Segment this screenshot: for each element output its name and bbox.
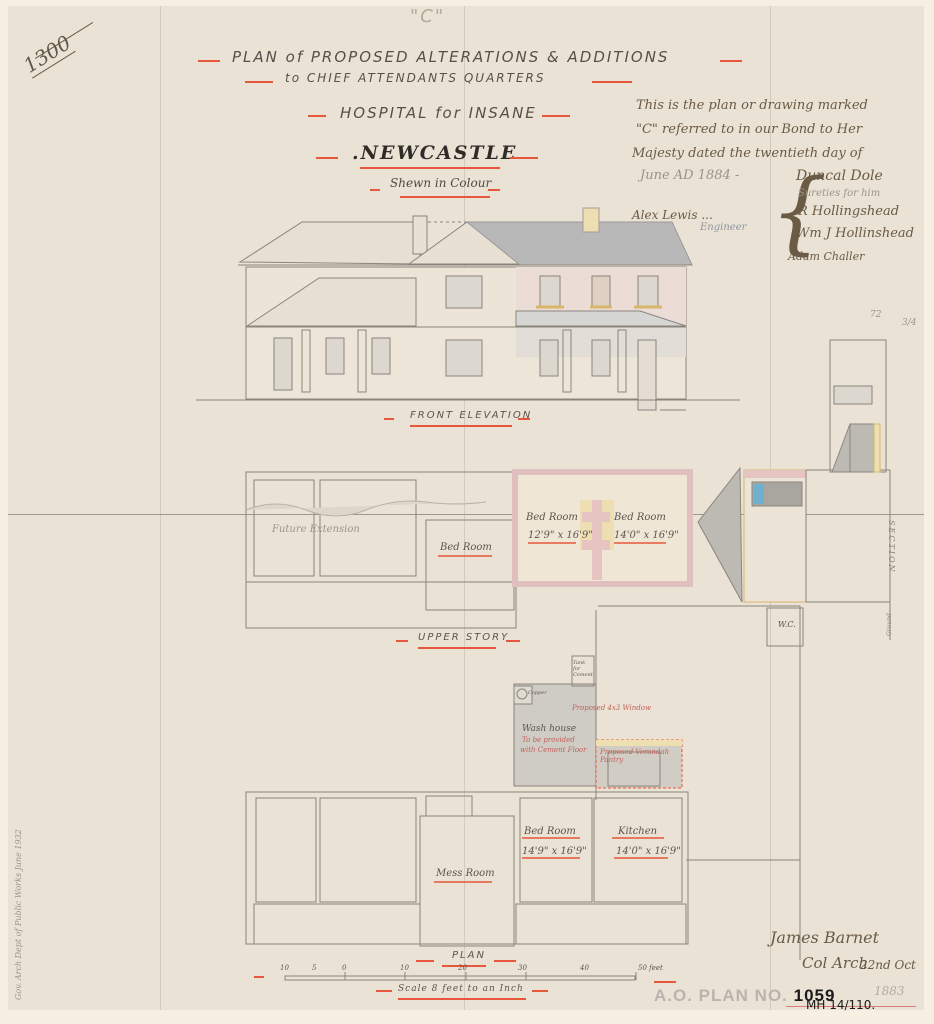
upper-story-label: UPPER STORY — [418, 632, 509, 643]
signature-date: 22nd Oct — [860, 958, 916, 972]
wash-house-label: Wash house — [522, 724, 576, 734]
wash-house-note: To be provided — [522, 736, 575, 744]
red-bar — [376, 990, 392, 992]
architect-signature: James Barnet — [770, 928, 879, 947]
red-bar — [506, 640, 520, 642]
scale-tick: 50 feet — [638, 964, 663, 972]
room-dims: 12'9" x 16'9" — [528, 530, 593, 541]
signature-year: 1883 — [874, 984, 905, 998]
room-label-bedroom: Bed Room — [614, 512, 666, 523]
wc-label: W.C. — [778, 620, 796, 629]
proposed-verandah-pantry-label: Proposed Verandah Pantry — [600, 748, 670, 764]
scale-tick: 40 — [580, 964, 589, 972]
room-dims: 14'0" x 16'9" — [614, 530, 679, 541]
plan-label: PLAN — [452, 950, 486, 961]
red-underline — [418, 647, 496, 649]
red-bar — [494, 960, 516, 962]
room-label-future-extension: Future Extension — [272, 524, 360, 535]
front-elevation — [196, 208, 740, 410]
scale-caption: Scale 8 feet to an Inch — [398, 984, 524, 994]
scale-tick: 10 — [280, 964, 289, 972]
room-label-bedroom: Bed Room — [526, 512, 578, 523]
room-label-bedroom: Bed Room — [440, 542, 492, 553]
copper-label: Copper — [528, 690, 547, 696]
section-label: SECTION — [887, 520, 896, 574]
wash-house-note: with Cement Floor — [520, 746, 586, 754]
ground-plan — [246, 656, 800, 946]
section-drawing — [698, 340, 890, 646]
red-bar — [384, 418, 394, 420]
scale-tick: 0 — [342, 964, 346, 972]
room-dims: 14'9" x 16'9" — [522, 846, 587, 857]
room-label-kitchen: Kitchen — [618, 826, 657, 837]
architect-title: Col Arch — [802, 954, 868, 972]
red-bar — [532, 990, 548, 992]
scale-tick: 30 — [518, 964, 527, 972]
front-elevation-label: FRONT ELEVATION — [410, 410, 532, 421]
scale-tick: 20 — [458, 964, 467, 972]
scale-tick: 5 — [312, 964, 316, 972]
proposed-window-label: Proposed 4x3 Window — [572, 704, 651, 712]
red-bar — [416, 960, 434, 962]
red-underline — [398, 998, 526, 1000]
scale-bar — [254, 972, 676, 982]
red-bar — [396, 640, 408, 642]
scale-tick: 10 — [400, 964, 409, 972]
room-dims: 14'0" x 16'9" — [616, 846, 681, 857]
reference-code: MH 14/110. — [806, 998, 875, 1012]
stamp-prefix: A.O. PLAN NO. — [654, 986, 788, 1005]
red-underline — [410, 425, 512, 427]
red-bar — [518, 418, 530, 420]
room-label-bedroom: Bed Room — [524, 826, 576, 837]
tank-label: Tank for Cement — [573, 660, 593, 678]
ground-label: Ground — [886, 613, 893, 636]
side-note: Gov. Arch Dept of Public Works June 1932 — [14, 829, 23, 1000]
room-label-mess-room: Mess Room — [436, 868, 495, 879]
